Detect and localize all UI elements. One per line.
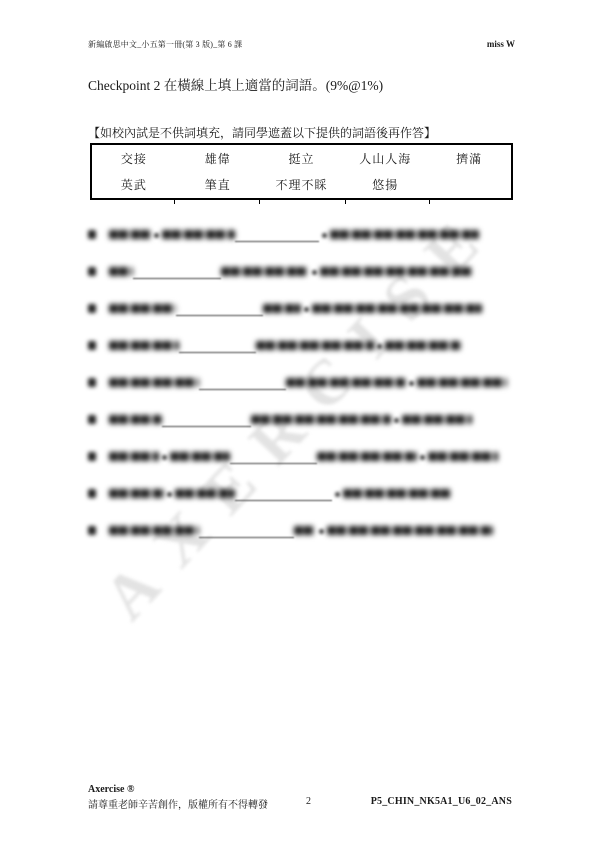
blurred-text — [417, 378, 507, 387]
footer-copyright: 請尊重老師辛苦創作，版權所有不得轉發 — [88, 796, 268, 811]
blurred-punctuation — [394, 418, 399, 423]
question-number-blurred — [88, 489, 96, 498]
blurred-text — [170, 452, 230, 461]
blurred-text — [402, 415, 472, 424]
answer-blank-line — [162, 412, 251, 427]
word-bank-word: 交接 — [92, 145, 176, 172]
blurred-punctuation — [420, 455, 425, 460]
table-column-tick — [429, 200, 430, 204]
footer-doc-code: P5_CHIN_NK5A1_U6_02_ANS — [371, 796, 512, 807]
header-course-label: 新編啟思中文_小五第一冊(第 3 版)_第 6 課 — [88, 39, 242, 50]
word-bank-word: 人山人海 — [343, 145, 427, 172]
blurred-text — [294, 526, 316, 535]
answer-blank-line — [199, 523, 294, 538]
blurred-punctuation — [154, 233, 159, 238]
blurred-punctuation — [409, 381, 414, 386]
blurred-question-list — [88, 224, 516, 557]
blurred-text — [320, 267, 474, 276]
answer-blank-line — [235, 486, 332, 501]
blurred-text — [317, 452, 417, 461]
word-bank-word: 英武 — [92, 172, 176, 199]
blurred-text — [286, 378, 406, 387]
question-number-blurred — [88, 415, 96, 424]
question-row-5 — [88, 372, 516, 388]
blurred-punctuation — [322, 233, 327, 238]
word-bank-word — [427, 172, 511, 199]
answer-blank-line — [133, 264, 221, 279]
question-number-blurred — [88, 230, 96, 239]
blurred-text — [109, 415, 162, 424]
question-row-6 — [88, 409, 516, 425]
blurred-punctuation — [319, 529, 324, 534]
question-row-8 — [88, 483, 516, 499]
question-row-1 — [88, 224, 516, 240]
word-bank-word: 筆直 — [176, 172, 260, 199]
blurred-text — [109, 304, 176, 313]
blurred-punctuation — [304, 307, 309, 312]
table-column-tick — [345, 200, 346, 204]
question-number-blurred — [88, 267, 96, 276]
blurred-punctuation — [167, 492, 172, 497]
word-bank-word: 擠滿 — [427, 145, 511, 172]
answer-blank-line — [230, 449, 317, 464]
footer-page-number: 2 — [306, 796, 311, 807]
table-column-tick — [174, 200, 175, 204]
blurred-text — [327, 526, 493, 535]
blurred-punctuation — [377, 344, 382, 349]
answer-blank-line — [179, 338, 256, 353]
question-number-blurred — [88, 341, 96, 350]
blurred-text — [109, 452, 159, 461]
blurred-text — [428, 452, 498, 461]
question-row-3 — [88, 298, 516, 314]
word-bank-word: 不理不睬 — [260, 172, 344, 199]
blurred-text — [256, 341, 374, 350]
word-bank-row: 英武 筆直 不理不睬 悠揚 — [92, 172, 511, 199]
question-number-blurred — [88, 452, 96, 461]
question-row-9 — [88, 520, 516, 536]
question-number-blurred — [88, 304, 96, 313]
blurred-text — [175, 489, 235, 498]
question-number-blurred — [88, 378, 96, 387]
answer-blank-line — [199, 375, 286, 390]
blurred-text — [162, 230, 235, 239]
question-row-2 — [88, 261, 516, 277]
blurred-text — [385, 341, 461, 350]
question-row-7 — [88, 446, 516, 462]
instruction-note: 【如校內試是不供詞填充，請同學遮蓋以下提供的詞語後再作答】 — [88, 124, 436, 141]
blurred-punctuation — [335, 492, 340, 497]
blurred-punctuation — [162, 455, 167, 460]
blurred-text — [109, 526, 199, 535]
blurred-text — [109, 378, 199, 387]
blurred-text — [251, 415, 391, 424]
question-number-blurred — [88, 526, 96, 535]
word-bank-table: 交接 雄偉 挺立 人山人海 擠滿 英武 筆直 不理不睬 悠揚 — [90, 143, 513, 200]
header-teacher-label: miss W — [487, 39, 515, 49]
blurred-text — [343, 489, 451, 498]
worksheet-page: 新編啟思中文_小五第一冊(第 3 版)_第 6 課 miss W Checkpo… — [0, 0, 604, 854]
question-row-4 — [88, 335, 516, 351]
blurred-punctuation — [312, 270, 317, 275]
word-bank-word: 悠揚 — [343, 172, 427, 199]
answer-blank-line — [176, 301, 263, 316]
blurred-text — [109, 267, 133, 276]
table-column-tick — [259, 200, 260, 204]
blurred-text — [330, 230, 479, 239]
word-bank-word: 雄偉 — [176, 145, 260, 172]
blurred-text — [312, 304, 482, 313]
blurred-text — [221, 267, 309, 276]
footer-brand: Axercise ® — [88, 784, 134, 795]
answer-blank-line — [235, 227, 319, 242]
checkpoint-title: Checkpoint 2 在橫線上填上適當的詞語。(9%@1%) — [88, 74, 383, 94]
word-bank-word: 挺立 — [260, 145, 344, 172]
blurred-text — [109, 230, 151, 239]
word-bank-row: 交接 雄偉 挺立 人山人海 擠滿 — [92, 145, 511, 172]
blurred-text — [109, 341, 179, 350]
blurred-text — [263, 304, 301, 313]
blurred-text — [109, 489, 164, 498]
